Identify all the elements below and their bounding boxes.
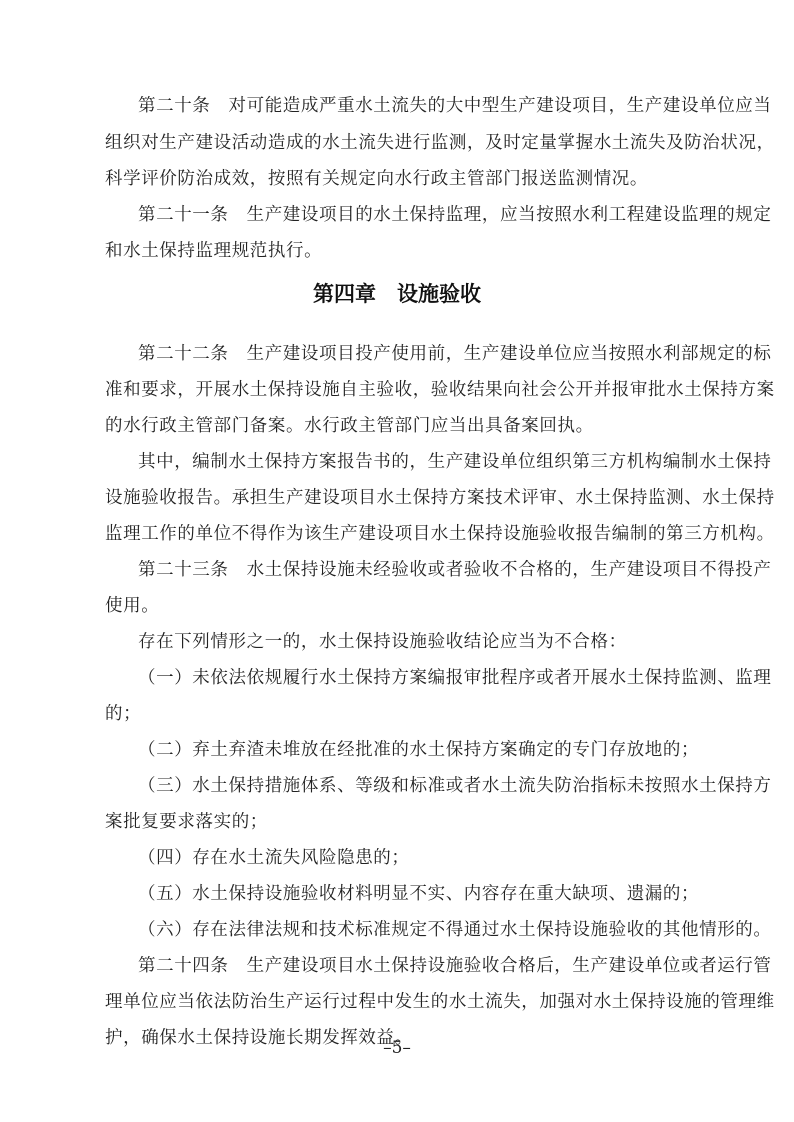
paragraph-line: 的水行政主管部门备案。水行政主管部门应当出具备案回执。 — [105, 415, 695, 437]
paragraph-line: 存在下列情形之一的，水土保持设施验收结论应当为不合格： — [138, 631, 728, 653]
paragraph-line: 组织对生产建设活动造成的水土流失进行监测，及时定量掌握水土流失及防治状况， — [105, 132, 695, 154]
paragraph-line: 使用。 — [105, 595, 695, 617]
paragraph-line: （六）存在法律法规和技术标准规定不得通过水土保持设施验收的其他情形的。 — [138, 919, 728, 941]
paragraph-line: 设施验收报告。承担生产建设项目水土保持方案技术评审、水土保持监测、水土保持 — [105, 487, 695, 509]
paragraph-line: （五）水土保持设施验收材料明显不实、内容存在重大缺项、遗漏的； — [138, 883, 728, 905]
paragraph-line: 第二十二条 生产建设项目投产使用前，生产建设单位应当按照水利部规定的标 — [138, 343, 728, 365]
paragraph-line: 其中，编制水土保持方案报告书的，生产建设单位组织第三方机构编制水土保持 — [138, 451, 728, 473]
paragraph-line: 第二十四条 生产建设项目水土保持设施验收合格后，生产建设单位或者运行管 — [138, 955, 728, 977]
paragraph-line: （二）弃土弃渣未堆放在经批准的水土保持方案确定的专门存放地的； — [138, 739, 728, 761]
page-number: –5– — [0, 1038, 794, 1058]
paragraph-line: 理单位应当依法防治生产运行过程中发生的水土流失，加强对水土保持设施的管理维 — [105, 991, 695, 1013]
paragraph-line: 和水土保持监理规范执行。 — [105, 240, 695, 262]
paragraph-line: （一）未依法依规履行水土保持方案编报审批程序或者开展水土保持监测、监理 — [138, 667, 728, 689]
paragraph-line: （三）水土保持措施体系、等级和标准或者水土流失防治指标未按照水土保持方 — [138, 775, 728, 797]
paragraph-line: 案批复要求落实的； — [105, 811, 695, 833]
paragraph-line: 科学评价防治成效，按照有关规定向水行政主管部门报送监测情况。 — [105, 168, 695, 190]
paragraph-line: 第二十一条 生产建设项目的水土保持监理，应当按照水利工程建设监理的规定 — [138, 204, 728, 226]
paragraph-line: 的； — [105, 703, 695, 725]
paragraph-line: （四）存在水土流失风险隐患的； — [138, 847, 728, 869]
paragraph-line: 第二十条 对可能造成严重水土流失的大中型生产建设项目，生产建设单位应当 — [138, 95, 728, 117]
chapter-heading: 第四章 设施验收 — [0, 278, 794, 308]
paragraph-line: 第二十三条 水土保持设施未经验收或者验收不合格的，生产建设项目不得投产 — [138, 559, 728, 581]
paragraph-line: 准和要求，开展水土保持设施自主验收，验收结果向社会公开并报审批水土保持方案 — [105, 379, 695, 401]
document-page: 第二十条 对可能造成严重水土流失的大中型生产建设项目，生产建设单位应当组织对生产… — [0, 0, 794, 1122]
paragraph-line: 监理工作的单位不得作为该生产建设项目水土保持设施验收报告编制的第三方机构。 — [105, 523, 695, 545]
